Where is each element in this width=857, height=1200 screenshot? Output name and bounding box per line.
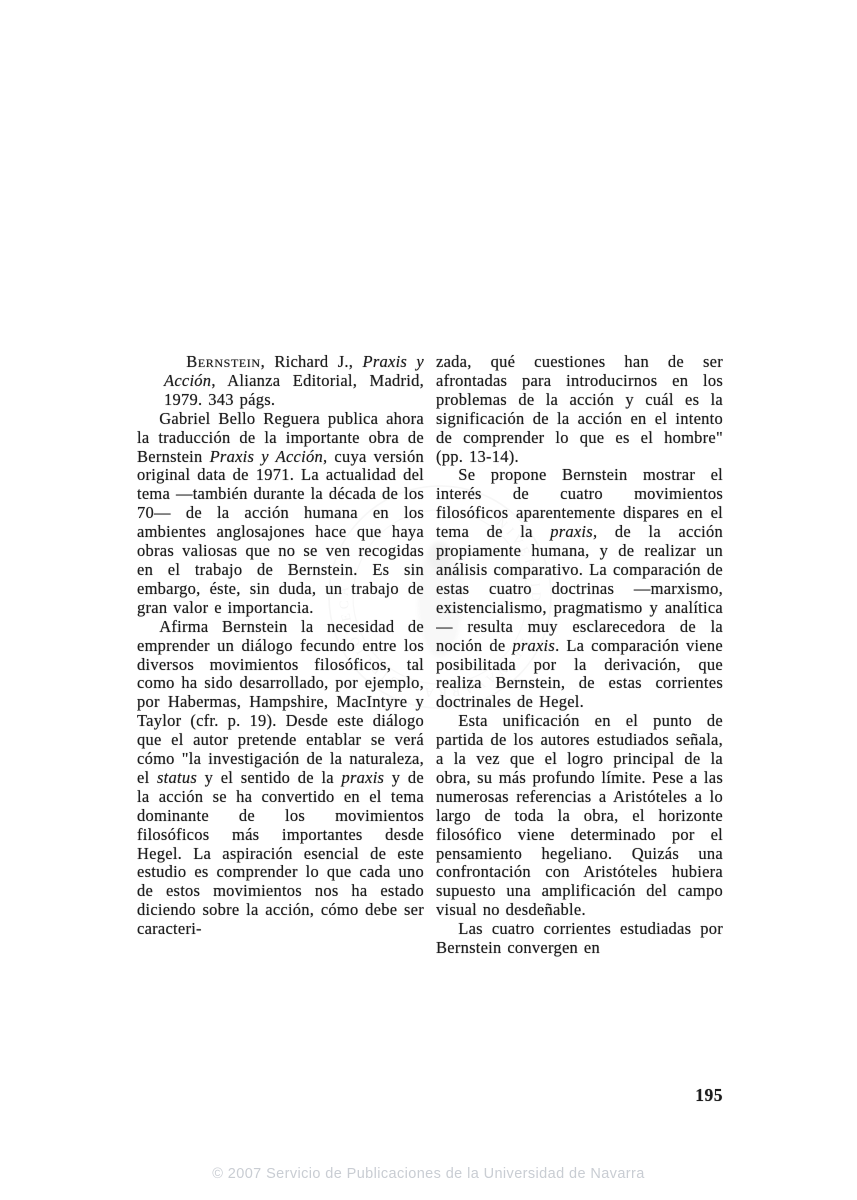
paragraph: zada, qué cuestiones han de ser afrontad… [436, 353, 723, 466]
paragraph: Esta unificación en el punto de partida … [436, 712, 723, 920]
right-column: zada, qué cuestiones han de ser afrontad… [436, 353, 723, 1073]
copyright-line: © 2007 Servicio de Publicaciones de la U… [0, 1166, 857, 1182]
left-column-paragraphs: Gabriel Bello Reguera publica ahora la t… [137, 410, 424, 939]
reference-author: Bernstein [186, 353, 260, 371]
scanned-page: UNIVERSIDAD DE NAVARRA · BIBLIOTECA · Be… [0, 0, 857, 1200]
paragraph: Gabriel Bello Reguera publica ahora la t… [137, 410, 424, 618]
paragraph: Las cuatro corrientes estudiadas por Ber… [436, 920, 723, 958]
left-column: Bernstein, Richard J., Praxis y Acción, … [137, 353, 424, 1073]
page-number: 195 [436, 1085, 723, 1106]
reference-author-rest: , Richard J., [261, 353, 363, 371]
book-reference: Bernstein, Richard J., Praxis y Acción, … [137, 353, 424, 410]
right-column-paragraphs: zada, qué cuestiones han de ser afrontad… [436, 353, 723, 958]
paragraph: Afirma Bernstein la necesidad de emprend… [137, 618, 424, 939]
paragraph: Se propone Bernstein mostrar el interés … [436, 466, 723, 712]
